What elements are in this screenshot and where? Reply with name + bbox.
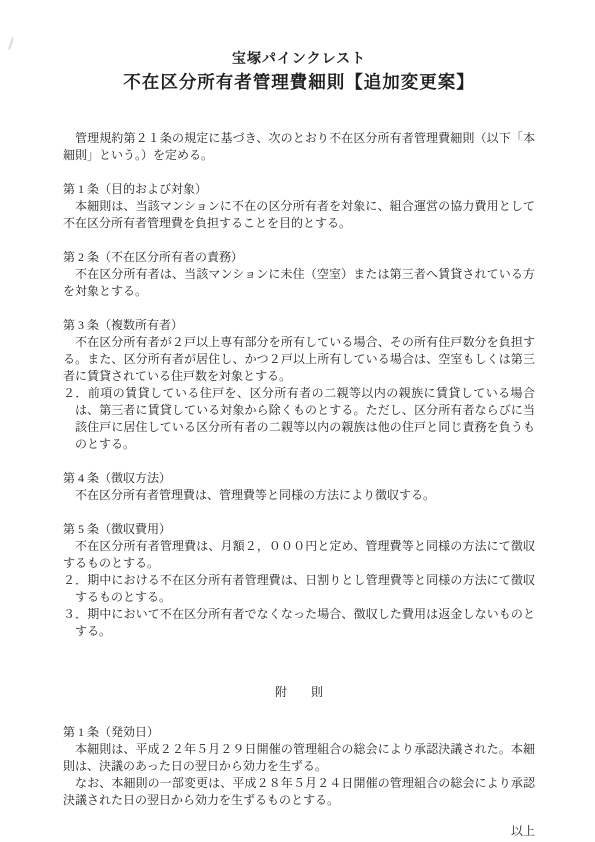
article-3-paragraph-1: 不在区分所有者が２戸以上専有部分を所有している場合、その所有住戸数分を負担する。…	[63, 334, 535, 385]
supplement-heading: 附 則	[63, 684, 535, 701]
scan-artifact	[8, 37, 14, 50]
intro-paragraph: 管理規約第２１条の規定に基づき、次のとおり不在区分所有者管理費細則（以下「本細則…	[63, 130, 535, 164]
article-4-heading: 第 4 条（徴収方法）	[63, 470, 535, 487]
article-2-paragraph: 不在区分所有者は、当該マンションに未住（空室）または第三者へ賃貸されている方を対…	[63, 266, 535, 300]
supplement-article: 第 1 条（発効日） 本細則は、平成２２年５月２９日開催の管理組合の総会により承…	[63, 724, 535, 809]
article-3-paragraph-2: ２．前項の賃貸している住戸を、区分所有者の二親等以内の親族に賃貸している場合は、…	[63, 385, 535, 453]
article-1: 第 1 条（目的および対象） 本細則は、当該マンションに不在の区分所有者を対象に…	[63, 181, 535, 232]
document-page: 宝塚パインクレスト 不在区分所有者管理費細則【追加変更案】 管理規約第２１条の規…	[0, 0, 595, 842]
article-3-heading: 第 3 条（複数所有者）	[63, 317, 535, 334]
article-1-paragraph: 本細則は、当該マンションに不在の区分所有者を対象に、組合運営の協力費用として不在…	[63, 198, 535, 232]
article-2: 第 2 条（不在区分所有者の責務） 不在区分所有者は、当該マンションに未住（空室…	[63, 249, 535, 300]
article-5: 第 5 条（徴収費用） 不在区分所有者管理費は、月額２，０００円と定め、管理費等…	[63, 521, 535, 640]
supplement-article-heading: 第 1 条（発効日）	[63, 724, 535, 741]
doc-subtitle: 不在区分所有者管理費細則【追加変更案】	[63, 70, 535, 95]
supplement-article-paragraph-2: なお、本細則の一部変更は、平成２８年５月２４日開催の管理組合の総会により承認決議…	[63, 775, 535, 809]
article-2-heading: 第 2 条（不在区分所有者の責務）	[63, 249, 535, 266]
article-5-heading: 第 5 条（徴収費用）	[63, 521, 535, 538]
article-4-paragraph: 不在区分所有者管理費は、管理費等と同様の方法により徴収する。	[63, 487, 535, 504]
article-5-paragraph-1: 不在区分所有者管理費は、月額２，０００円と定め、管理費等と同様の方法にて徴収する…	[63, 538, 535, 572]
article-1-heading: 第 1 条（目的および対象）	[63, 181, 535, 198]
supplement-article-paragraph-1: 本細則は、平成２２年５月２９日開催の管理組合の総会により承認決議された。本細則は…	[63, 741, 535, 775]
doc-title: 宝塚パインクレスト	[63, 48, 535, 68]
article-4: 第 4 条（徴収方法） 不在区分所有者管理費は、管理費等と同様の方法により徴収す…	[63, 470, 535, 504]
article-5-paragraph-2: ２．期中における不在区分所有者管理費は、日割りとし管理費等と同様の方法にて徴収す…	[63, 572, 535, 606]
closing-label: 以上	[63, 823, 535, 840]
article-5-paragraph-3: ３．期中において不在区分所有者でなくなった場合、徴収した費用は返金しないものとす…	[63, 606, 535, 640]
article-3: 第 3 条（複数所有者） 不在区分所有者が２戸以上専有部分を所有している場合、そ…	[63, 317, 535, 453]
